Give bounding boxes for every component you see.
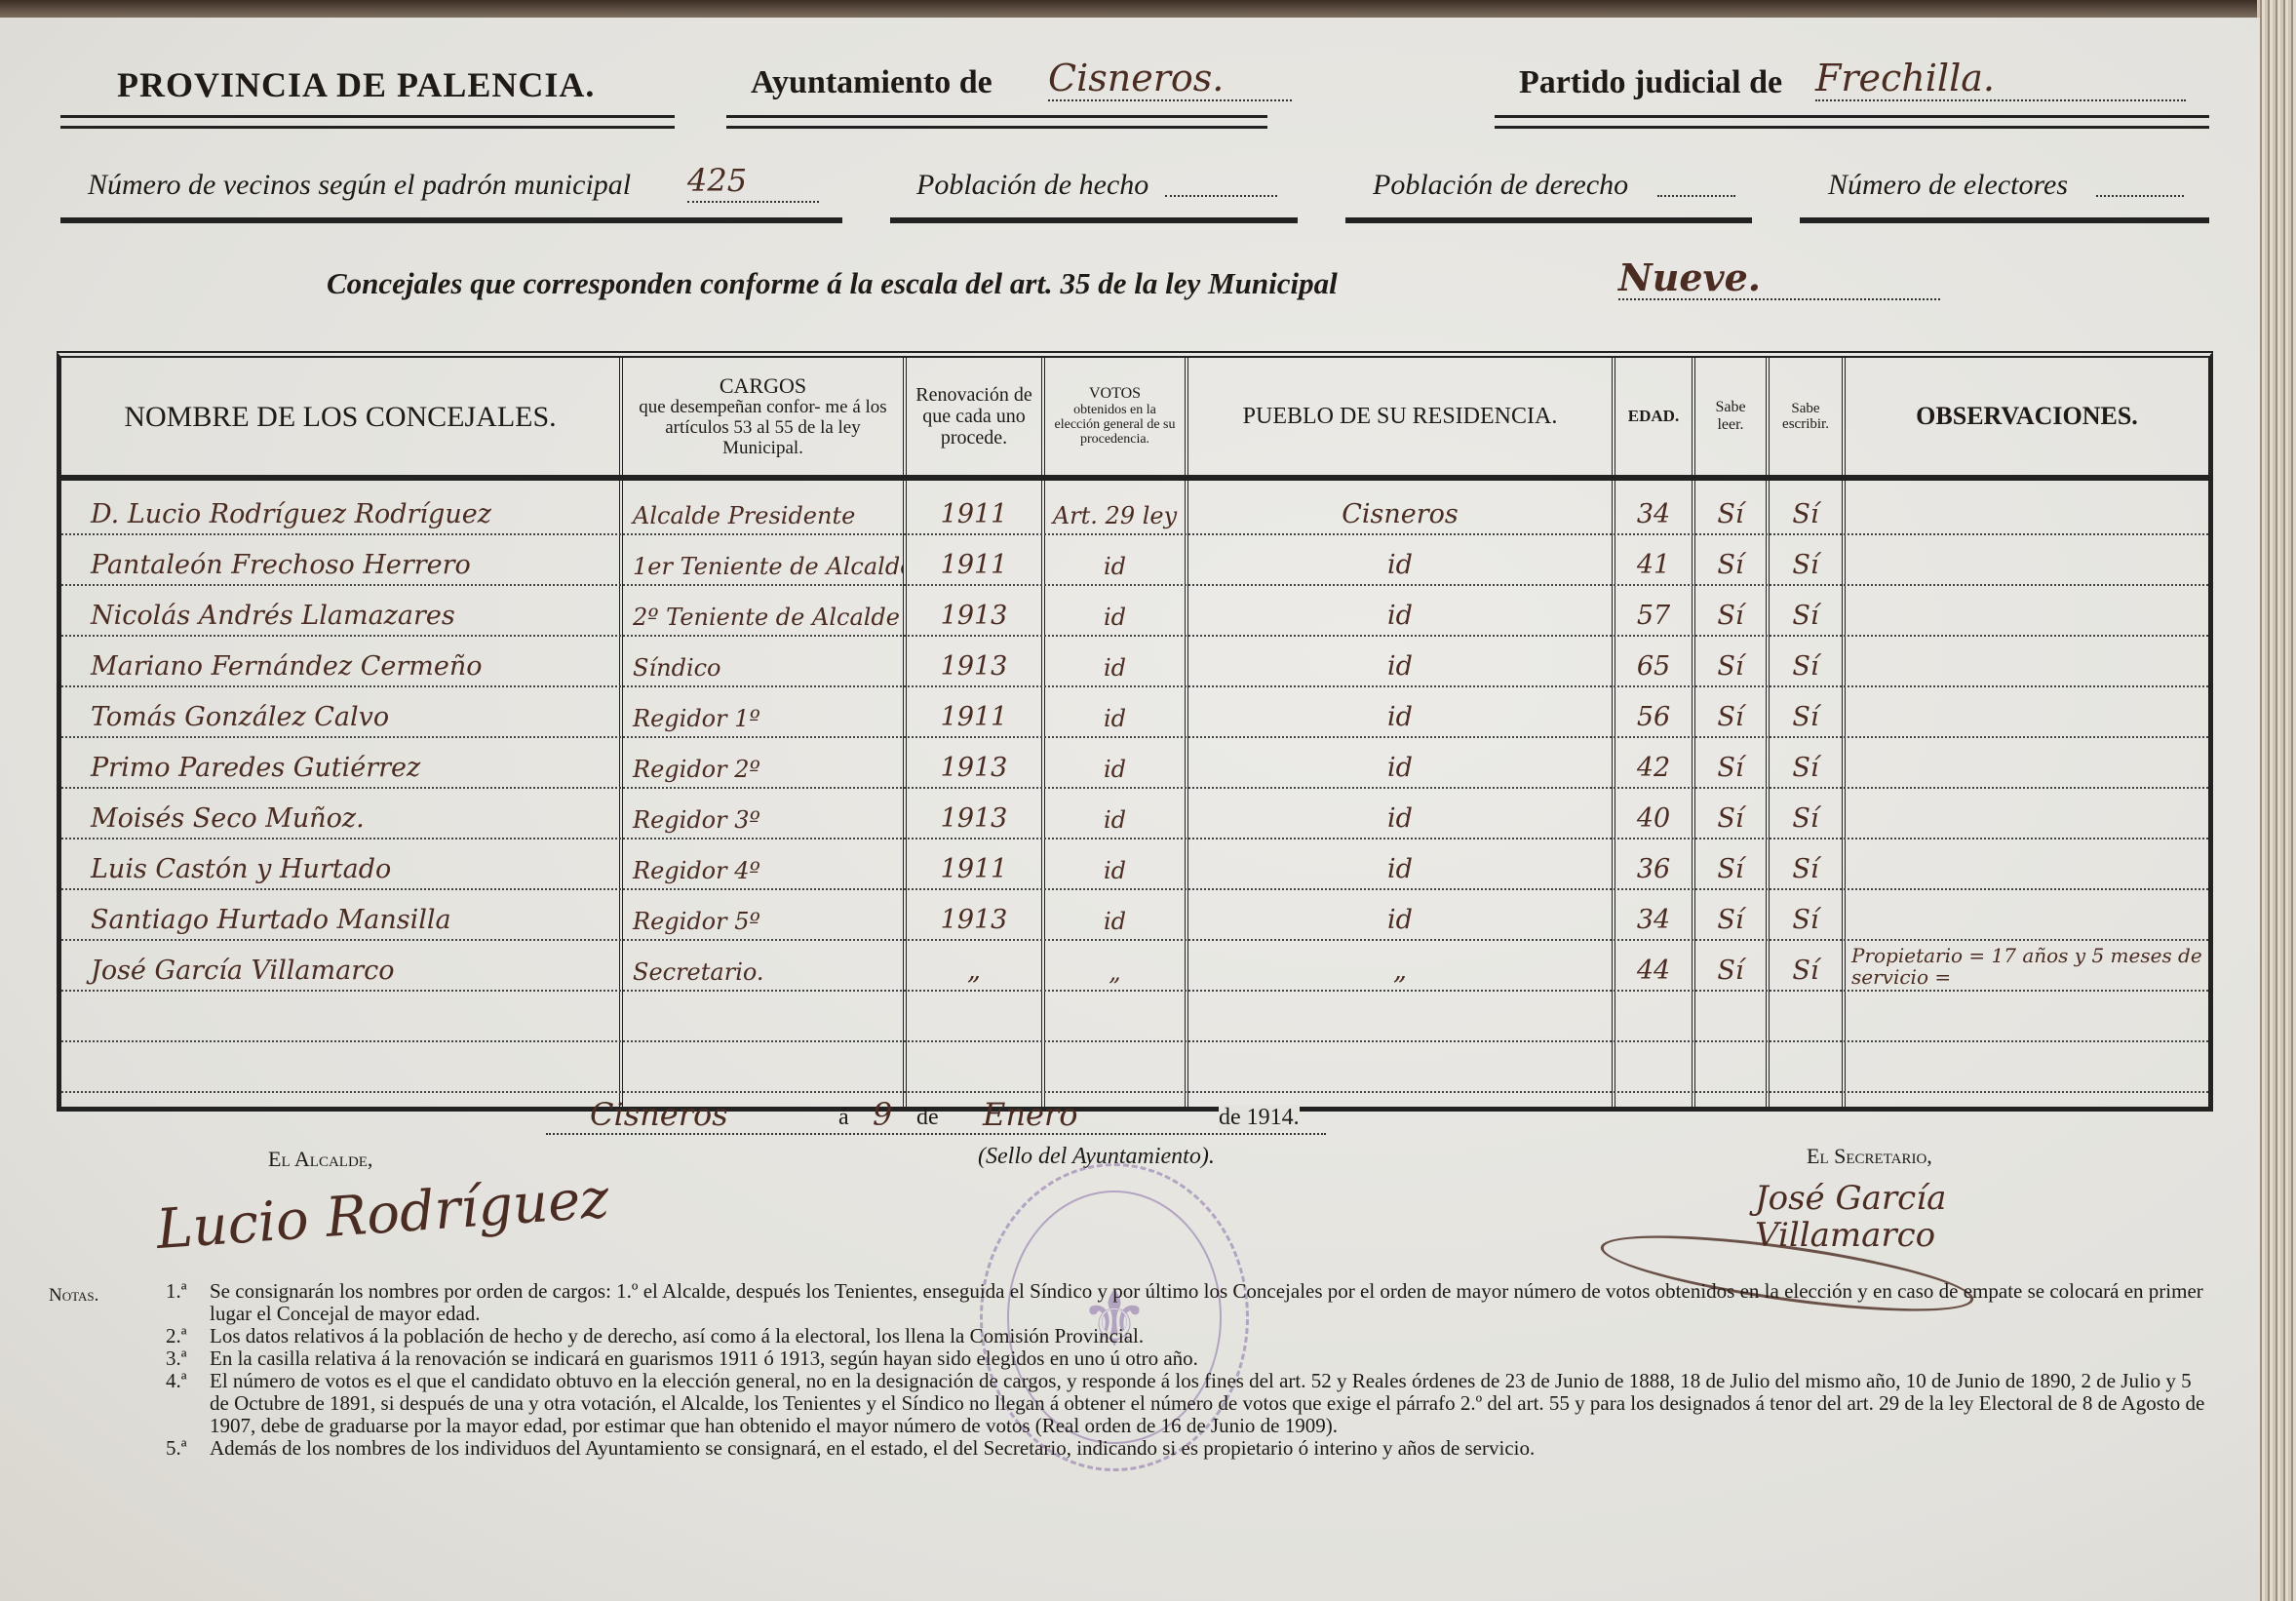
note-item: 3.ªEn la casilla relativa á la renovació… <box>49 1347 2213 1370</box>
cell-renovacion <box>907 1040 1041 1091</box>
cell-nombre: José García Villamarco <box>61 939 619 990</box>
table-row: D. Lucio Rodríguez RodríguezAlcalde Pres… <box>61 483 2208 535</box>
header-sabe-leer: Sabe leer. <box>1695 358 1766 475</box>
table-row: Mariano Fernández CermeñoSíndico1913idid… <box>61 635 2208 687</box>
table-row: Nicolás Andrés Llamazares2º Teniente de … <box>61 584 2208 637</box>
secretario-label: El Secretario, <box>1807 1144 1932 1169</box>
header-renovacion: Renovación de que cada uno procede. <box>907 358 1041 475</box>
cell-renovacion: 1913 <box>907 736 1041 787</box>
cell-edad: 36 <box>1615 838 1692 888</box>
vecinos-field: 425 <box>687 162 819 203</box>
note-text: Los datos relativos á la población de he… <box>210 1324 1144 1347</box>
concejales-field: Nueve. <box>1618 255 1940 300</box>
cell-sabe-escribir: Sí <box>1770 888 1842 939</box>
cell-sabe-leer: Sí <box>1695 685 1766 736</box>
cell-cargo: Secretario. <box>623 939 903 990</box>
cell-sabe-escribir: Sí <box>1770 838 1842 888</box>
note-number: 2.ª <box>166 1325 187 1347</box>
cell-nombre: Primo Paredes Gutiérrez <box>61 736 619 787</box>
cell-edad: 34 <box>1615 483 1692 533</box>
cell-cargo <box>623 990 903 1040</box>
header-edad: EDAD. <box>1615 358 1692 475</box>
cell-cargo: Regidor 2º <box>623 736 903 787</box>
electores-field <box>2096 195 2184 197</box>
cell-pueblo <box>1188 990 1612 1040</box>
cell-pueblo: „ <box>1188 939 1612 990</box>
cell-sabe-leer: Sí <box>1695 888 1766 939</box>
cell-sabe-leer: Sí <box>1695 838 1766 888</box>
double-rule <box>60 115 675 129</box>
date-year: de 1914. <box>1219 1105 1300 1131</box>
cell-sabe-escribir: Sí <box>1770 635 1842 685</box>
heavy-rule <box>890 217 1298 223</box>
cell-cargo: 2º Teniente de Alcalde <box>623 584 903 635</box>
cell-votos: id <box>1045 838 1185 888</box>
cell-nombre <box>61 1040 619 1091</box>
concejales-label: Concejales que corresponden conforme á l… <box>327 266 1338 301</box>
form-page: PROVINCIA DE PALENCIA. Ayuntamiento de C… <box>0 18 2260 1601</box>
double-rule <box>1495 115 2209 129</box>
cell-cargo <box>623 1040 903 1091</box>
note-text: Se consignarán los nombres por orden de … <box>210 1279 2203 1325</box>
cell-pueblo <box>1188 1040 1612 1091</box>
table-row: Pantaleón Frechoso Herrero1er Teniente d… <box>61 533 2208 586</box>
cell-renovacion <box>907 990 1041 1040</box>
cell-observaciones <box>1846 1040 2208 1118</box>
cell-sabe-leer: Sí <box>1695 533 1766 584</box>
note-number: 4.ª <box>166 1370 187 1392</box>
note-item: 2.ªLos datos relativos á la población de… <box>49 1325 2213 1347</box>
cell-votos: Art. 29 ley <box>1045 483 1185 533</box>
header-cargos-title: CARGOS <box>720 374 806 398</box>
cell-votos: id <box>1045 533 1185 584</box>
note-text: Además de los nombres de los individuos … <box>210 1436 1535 1460</box>
vecinos-label: Número de vecinos según el padrón munici… <box>88 169 631 202</box>
cell-votos: id <box>1045 888 1185 939</box>
cell-renovacion: 1913 <box>907 787 1041 838</box>
cell-sabe-escribir: Sí <box>1770 584 1842 635</box>
cell-votos: id <box>1045 635 1185 685</box>
date-line: Cisneros á 9 de Enero de 1914. <box>546 1094 1326 1135</box>
date-place: Cisneros <box>590 1096 728 1133</box>
cell-nombre: Santiago Hurtado Mansilla <box>61 888 619 939</box>
alcalde-label: El Alcalde, <box>268 1147 372 1172</box>
cell-nombre: Tomás González Calvo <box>61 685 619 736</box>
cell-pueblo: id <box>1188 736 1612 787</box>
cell-nombre: Mariano Fernández Cermeño <box>61 635 619 685</box>
notes-section: Notas. 1.ªSe consignarán los nombres por… <box>49 1280 2213 1460</box>
cell-votos: id <box>1045 736 1185 787</box>
cell-edad: 56 <box>1615 685 1692 736</box>
notes-list: 1.ªSe consignarán los nombres por orden … <box>49 1280 2213 1460</box>
note-item: 1.ªSe consignarán los nombres por orden … <box>49 1280 2213 1325</box>
cell-votos <box>1045 990 1185 1040</box>
cell-pueblo: id <box>1188 838 1612 888</box>
table-row: José García VillamarcoSecretario.„„„44Sí… <box>61 939 2208 992</box>
electores-label: Número de electores <box>1828 169 2068 202</box>
cell-pueblo: id <box>1188 888 1612 939</box>
table-row: Tomás González CalvoRegidor 1º1911idid56… <box>61 685 2208 738</box>
cell-renovacion: 1911 <box>907 838 1041 888</box>
cell-sabe-leer: Sí <box>1695 787 1766 838</box>
note-number: 5.ª <box>166 1437 187 1460</box>
partido-field: Frechilla. <box>1815 57 2186 101</box>
cell-votos: „ <box>1045 939 1185 990</box>
cell-votos: id <box>1045 584 1185 635</box>
cell-pueblo: Cisneros <box>1188 483 1612 533</box>
alcalde-signature: Lucio Rodríguez <box>154 1167 610 1262</box>
cell-nombre: D. Lucio Rodríguez Rodríguez <box>61 483 619 533</box>
note-item: 4.ªEl número de votos es el que el candi… <box>49 1370 2213 1437</box>
cell-cargo: Regidor 3º <box>623 787 903 838</box>
cell-sabe-escribir: Sí <box>1770 533 1842 584</box>
poblacion-derecho-label: Población de derecho <box>1373 169 1628 202</box>
cell-pueblo: id <box>1188 685 1612 736</box>
cell-pueblo: id <box>1188 635 1612 685</box>
header-cargos: CARGOS que desempeñan confor- me á los a… <box>623 358 903 475</box>
cell-nombre: Luis Castón y Hurtado <box>61 838 619 888</box>
header-rule <box>61 475 2208 481</box>
heavy-rule <box>1800 217 2209 223</box>
secretario-signature: José García Villamarco <box>1755 1180 2008 1254</box>
cell-renovacion: 1911 <box>907 483 1041 533</box>
cell-sabe-leer: Sí <box>1695 736 1766 787</box>
cell-renovacion: 1913 <box>907 635 1041 685</box>
cell-renovacion: „ <box>907 939 1041 990</box>
cell-edad: 34 <box>1615 888 1692 939</box>
cell-sabe-leer <box>1695 990 1766 1040</box>
cell-sabe-leer: Sí <box>1695 483 1766 533</box>
date-a: á <box>838 1105 849 1131</box>
cell-nombre: Moisés Seco Muñoz. <box>61 787 619 838</box>
table-row: Moisés Seco Muñoz.Regidor 3º1913idid40Sí… <box>61 787 2208 840</box>
cell-sabe-leer <box>1695 1040 1766 1091</box>
concejales-table: NOMBRE DE LOS CONCEJALES. CARGOS que des… <box>57 351 2213 1112</box>
note-number: 1.ª <box>166 1280 187 1303</box>
date-de: de <box>916 1105 939 1131</box>
table-row <box>61 1040 2208 1093</box>
table-row: Primo Paredes GutiérrezRegidor 2º1913idi… <box>61 736 2208 789</box>
cell-sabe-escribir: Sí <box>1770 736 1842 787</box>
header-nombre: NOMBRE DE LOS CONCEJALES. <box>61 358 619 475</box>
heavy-rule <box>60 217 842 223</box>
note-number: 3.ª <box>166 1347 187 1370</box>
cell-sabe-escribir <box>1770 1040 1842 1091</box>
ayuntamiento-label: Ayuntamiento de <box>751 64 992 101</box>
cell-renovacion: 1913 <box>907 888 1041 939</box>
cell-cargo: 1er Teniente de Alcalde <box>623 533 903 584</box>
cell-edad: 65 <box>1615 635 1692 685</box>
cell-sabe-escribir <box>1770 990 1842 1040</box>
header-cargos-sub: que desempeñan confor- me á los artículo… <box>623 398 903 459</box>
cell-cargo: Regidor 4º <box>623 838 903 888</box>
cell-edad: 57 <box>1615 584 1692 635</box>
cell-pueblo: id <box>1188 787 1612 838</box>
cell-edad <box>1615 1040 1692 1091</box>
cell-renovacion: 1911 <box>907 533 1041 584</box>
cell-nombre: Nicolás Andrés Llamazares <box>61 584 619 635</box>
cell-sabe-leer: Sí <box>1695 584 1766 635</box>
header-votos: VOTOS obtenidos en la elección general d… <box>1045 358 1185 475</box>
cell-sabe-escribir: Sí <box>1770 787 1842 838</box>
cell-sabe-leer: Sí <box>1695 635 1766 685</box>
cell-edad: 40 <box>1615 787 1692 838</box>
cell-renovacion: 1913 <box>907 584 1041 635</box>
heavy-rule <box>1345 217 1752 223</box>
cell-sabe-escribir: Sí <box>1770 939 1842 990</box>
cell-sabe-escribir: Sí <box>1770 685 1842 736</box>
cell-cargo: Regidor 1º <box>623 685 903 736</box>
header-observaciones: OBSERVACIONES. <box>1846 358 2208 475</box>
date-month: Enero <box>983 1096 1077 1133</box>
header-pueblo: PUEBLO DE SU RESIDENCIA. <box>1188 358 1612 475</box>
cell-cargo: Alcalde Presidente <box>623 483 903 533</box>
note-text: En la casilla relativa á la renovación s… <box>210 1347 1198 1370</box>
header-sabe-escribir: Sabe escribir. <box>1770 358 1842 475</box>
cell-votos <box>1045 1040 1185 1091</box>
cell-pueblo: id <box>1188 533 1612 584</box>
cell-sabe-escribir: Sí <box>1770 483 1842 533</box>
cell-renovacion: 1911 <box>907 685 1041 736</box>
cell-edad <box>1615 990 1692 1040</box>
partido-label: Partido judicial de <box>1519 64 1782 101</box>
cell-nombre <box>61 990 619 1040</box>
poblacion-derecho-field <box>1657 195 1735 197</box>
note-item: 5.ªAdemás de los nombres de los individu… <box>49 1437 2213 1460</box>
header-votos-sub: obtenidos en la elección general de su p… <box>1045 403 1185 448</box>
table-row: Luis Castón y HurtadoRegidor 4º1911idid3… <box>61 838 2208 890</box>
poblacion-hecho-field <box>1165 195 1277 197</box>
ayuntamiento-field: Cisneros. <box>1048 57 1292 101</box>
cell-edad: 41 <box>1615 533 1692 584</box>
table-row <box>61 990 2208 1042</box>
cell-cargo: Regidor 5º <box>623 888 903 939</box>
cell-edad: 44 <box>1615 939 1692 990</box>
cell-edad: 42 <box>1615 736 1692 787</box>
table-row: Santiago Hurtado MansillaRegidor 5º1913i… <box>61 888 2208 941</box>
cell-votos: id <box>1045 787 1185 838</box>
cell-nombre: Pantaleón Frechoso Herrero <box>61 533 619 584</box>
book-page-edges <box>2257 0 2296 1601</box>
provincia-title: PROVINCIA DE PALENCIA. <box>117 64 595 105</box>
date-day: 9 <box>873 1096 892 1133</box>
cell-votos: id <box>1045 685 1185 736</box>
double-rule <box>726 115 1267 129</box>
cell-pueblo: id <box>1188 584 1612 635</box>
cell-cargo: Síndico <box>623 635 903 685</box>
header-votos-title: VOTOS <box>1089 385 1141 403</box>
cell-sabe-leer: Sí <box>1695 939 1766 990</box>
poblacion-hecho-label: Población de hecho <box>916 169 1148 202</box>
note-text: El número de votos es el que el candidat… <box>210 1369 2204 1437</box>
